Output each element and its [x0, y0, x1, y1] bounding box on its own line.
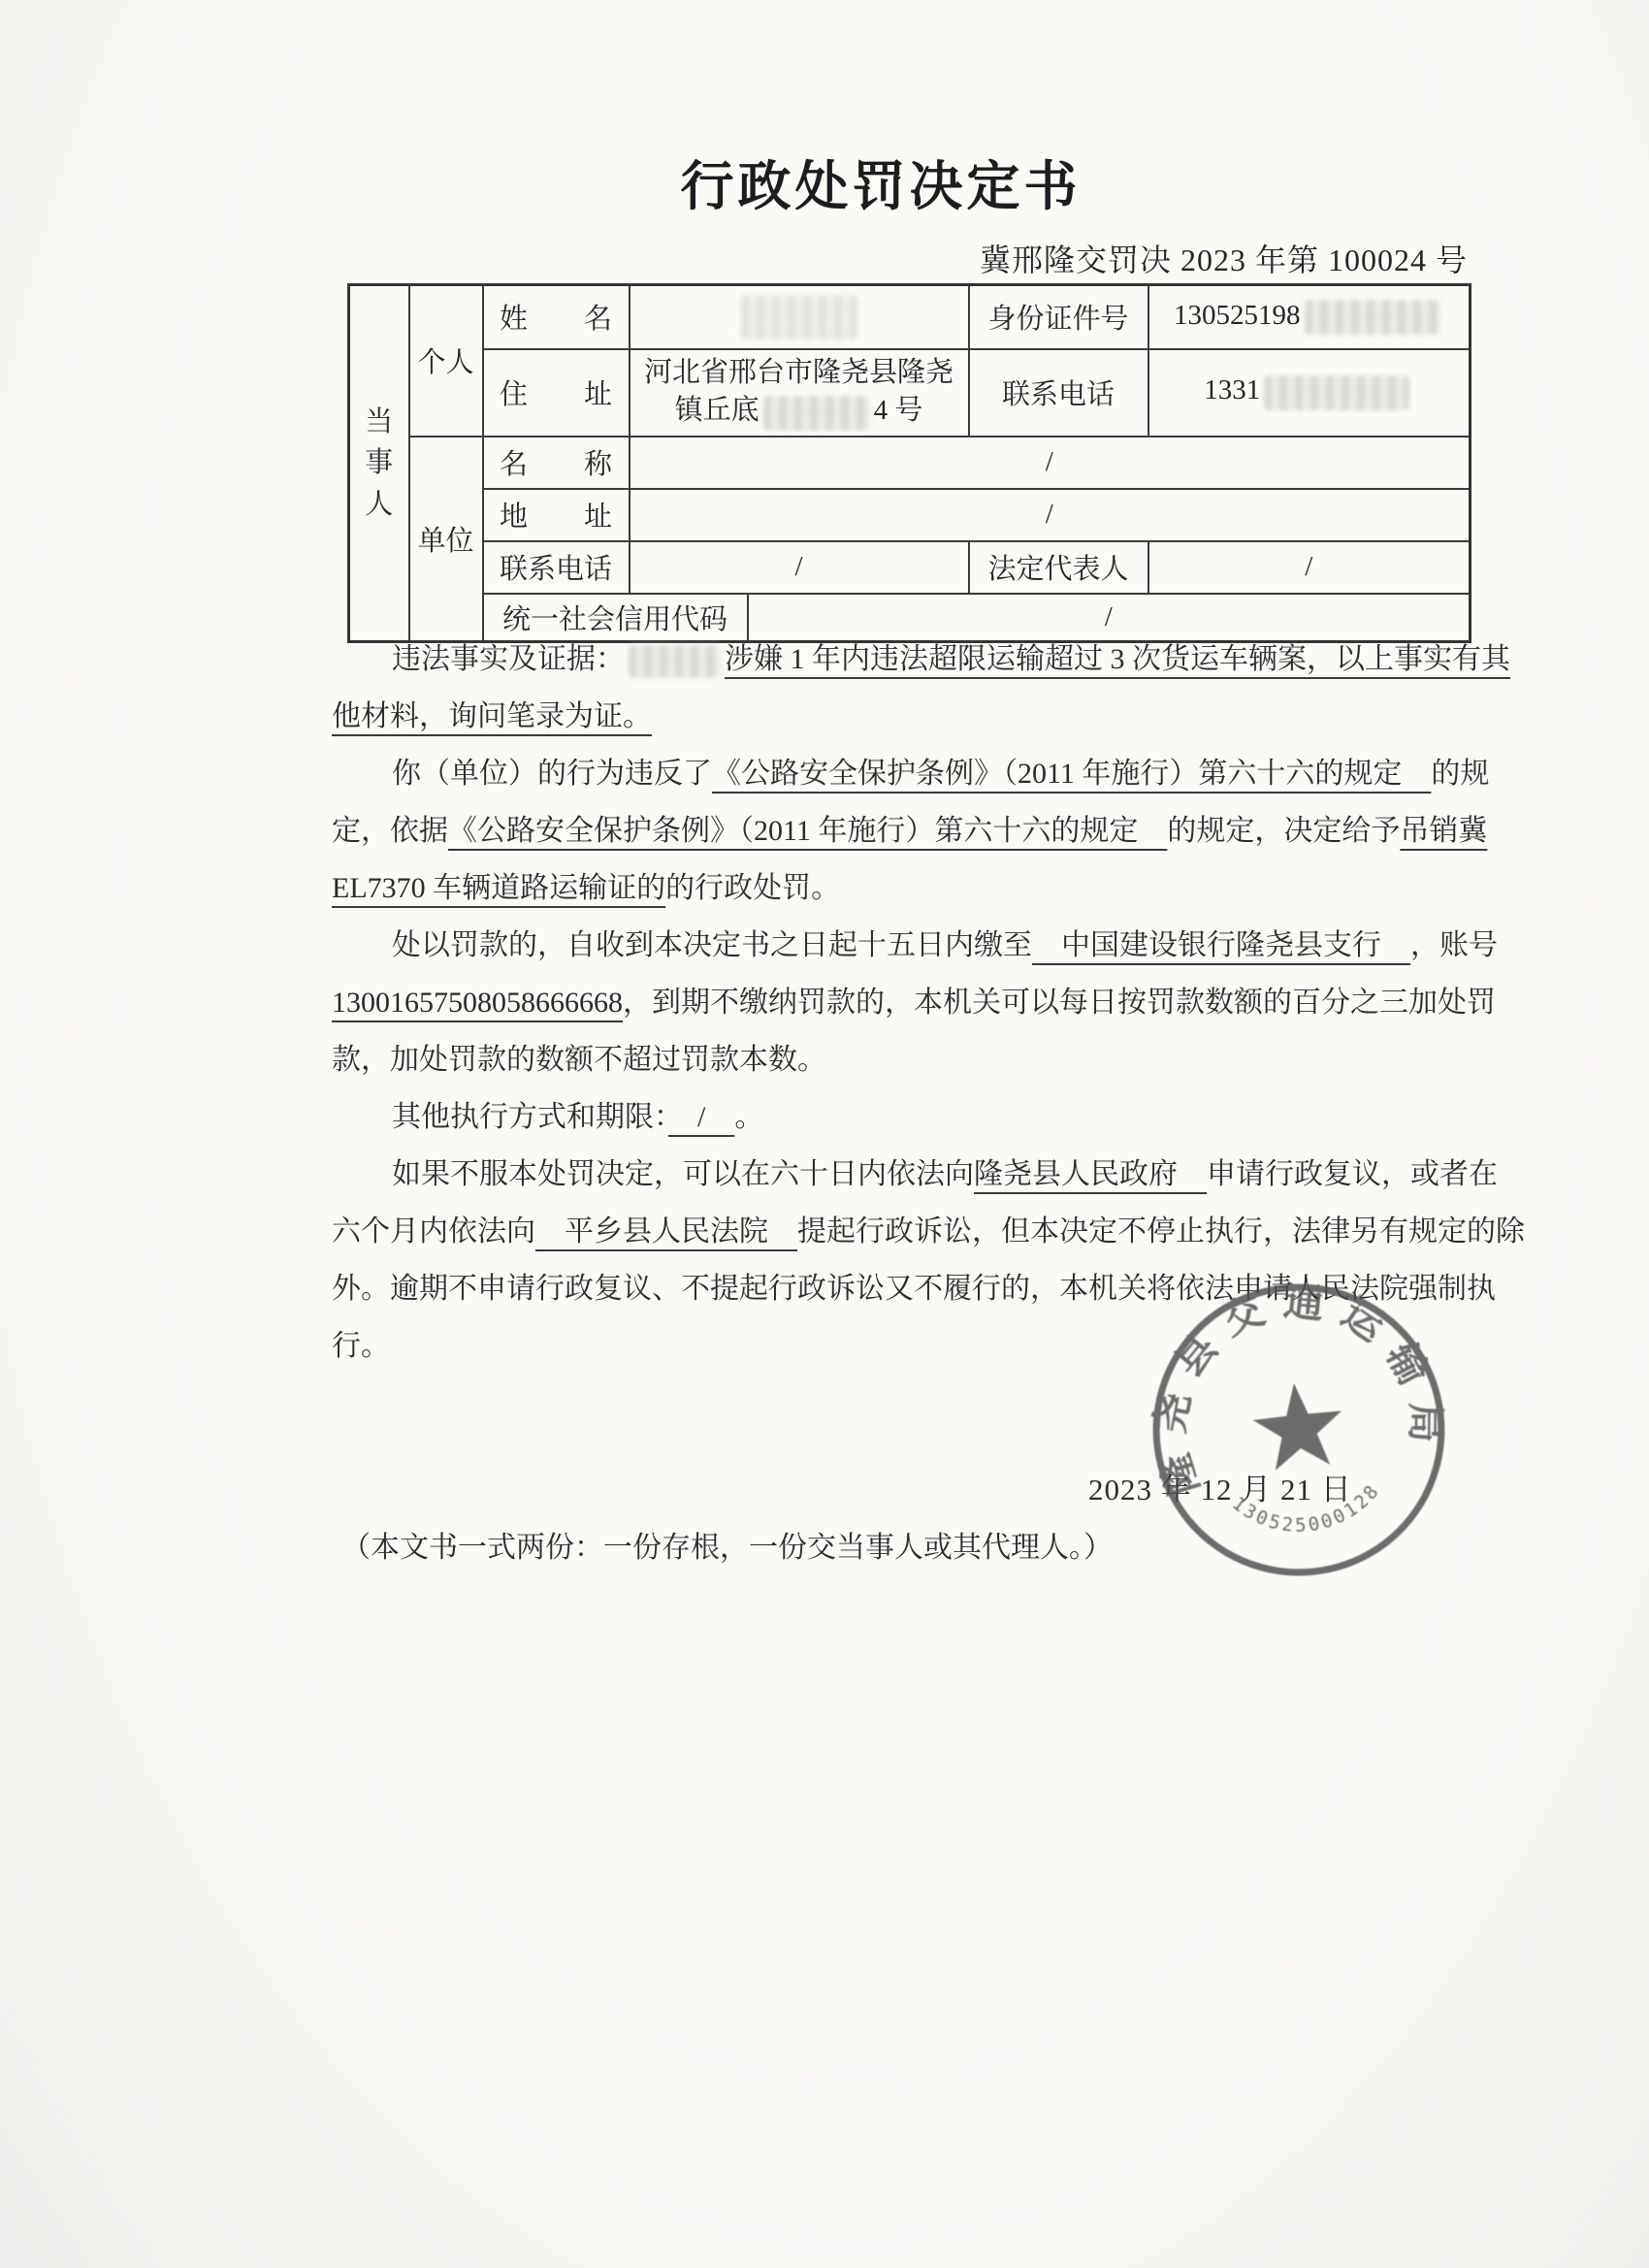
- text-segment: 款，加处罚款的数额不超过罚款本数。: [332, 1044, 826, 1076]
- text-segment: 平乡县人民法院: [535, 1215, 797, 1247]
- text-segment: /: [668, 1101, 734, 1133]
- copies-note: （本文书一式两份：一份存根，一份交当事人或其代理人。）: [341, 1523, 1113, 1566]
- text-line: 其他执行方式和期限： / 。: [332, 1088, 1496, 1146]
- text-line: 六个月内依法向 平乡县人民法院 提起行政诉讼，但本决定不停止执行，法律另有规定的…: [332, 1203, 1496, 1260]
- text-segment: 其他执行方式和期限：: [392, 1101, 668, 1133]
- text-segment: 的行政处罚。: [665, 872, 840, 904]
- table-row: 联系电话 / 法定代表人 /: [349, 541, 1471, 594]
- phone-visible: 1331: [1204, 374, 1260, 405]
- id-number-visible: 130525198: [1174, 300, 1301, 331]
- text-line: 违法事实及证据：涉嫌 1 年内违法超限运输超过 3 次货运车辆案，以上事实有其: [332, 631, 1496, 688]
- text-segment: 你（单位）的行为违反了: [392, 758, 712, 790]
- text-line: 他材料，询问笔录为证。: [332, 688, 1496, 745]
- text-segment: 隆尧县人民政府: [974, 1158, 1207, 1190]
- redaction-blur: [1305, 300, 1440, 335]
- document-number: 冀邢隆交罚决 2023 年第 100024 号: [980, 236, 1468, 280]
- text-segment: 行。: [332, 1330, 390, 1362]
- text-line: 13001657508058666668，到期不缴纳罚款的，本机关可以每日按罚款…: [332, 974, 1496, 1031]
- text-segment: 的规: [1431, 758, 1489, 790]
- text-segment: 中国建设银行隆尧县支行: [1032, 929, 1410, 961]
- id-number-value: 130525198: [1148, 285, 1471, 349]
- text-segment: 的规定，决定给予: [1167, 815, 1400, 847]
- text-segment: 申请行政复议，或者在: [1207, 1158, 1498, 1190]
- address-line-1: 河北省邢台市隆尧县隆尧: [634, 354, 964, 392]
- table-row: 单位 名 称 /: [349, 437, 1471, 489]
- address-line-2-suffix: 4 号: [874, 395, 923, 426]
- phone-value: 1331: [1148, 349, 1471, 437]
- text-line: 定，依据《公路安全保护条例》（2011 年施行）第六十六的规定 的规定，决定给予…: [332, 802, 1496, 859]
- text-segment: 违法事实及证据：: [392, 643, 625, 675]
- party-group-label: 当事人: [349, 285, 409, 642]
- table-row: 当事人 个人 姓 名 身份证件号 130525198: [349, 285, 1471, 349]
- text-segment: 处以罚款的，自收到本决定书之日起十五日内缴至: [392, 929, 1032, 961]
- text-segment: ，账号: [1410, 929, 1498, 961]
- name-value-cell: [630, 285, 969, 349]
- text-line: EL7370 车辆道路运输证的的行政处罚。: [332, 859, 1496, 917]
- text-line: 如果不服本处罚决定，可以在六十日内依法向隆尧县人民政府 申请行政复议，或者在: [332, 1146, 1496, 1203]
- text-segment: 提起行政诉讼，但本决定不停止执行，法律另有规定的除: [797, 1215, 1525, 1247]
- text-line: 款，加处罚款的数额不超过罚款本数。: [332, 1031, 1496, 1088]
- unit-address-value: /: [630, 489, 1471, 541]
- unit-phone-value: /: [630, 541, 969, 594]
- legal-rep-value: /: [1148, 541, 1471, 594]
- unit-address-label: 地 址: [483, 489, 630, 541]
- text-segment: ，到期不缴纳罚款的，本机关可以每日按罚款数额的百分之三加处罚: [623, 987, 1496, 1019]
- address-line-2-prefix: 镇丘底: [675, 395, 760, 426]
- address-label: 住 址: [483, 349, 630, 437]
- redaction-blur: [1264, 375, 1409, 410]
- legal-rep-label: 法定代表人: [969, 541, 1148, 594]
- text-segment: EL7370 车辆道路运输证的: [332, 872, 665, 904]
- text-segment: 《公路安全保护条例》（2011 年施行）第六十六的规定: [712, 758, 1431, 790]
- redaction-blur: [629, 645, 721, 678]
- unit-name-label: 名 称: [483, 437, 630, 489]
- unit-group-label: 单位: [409, 437, 483, 642]
- table-row: 住 址 河北省邢台市隆尧县隆尧 镇丘底4 号 联系电话 1331: [349, 349, 1471, 437]
- svg-text:隆尧县交通运输局: 隆尧县交通运输局: [1132, 1263, 1455, 1501]
- scanned-document-page: 行政处罚决定书 冀邢隆交罚决 2023 年第 100024 号 当事人 个人 姓…: [0, 0, 1649, 2268]
- official-seal: 隆尧县交通运输局 1305250001285: [1116, 1247, 1481, 1612]
- id-number-label: 身份证件号: [969, 285, 1148, 349]
- party-info-table: 当事人 个人 姓 名 身份证件号 130525198 住 址 河北省邢台市隆尧县…: [347, 283, 1471, 643]
- unit-name-value: /: [630, 437, 1471, 489]
- individual-group-label: 个人: [409, 285, 483, 437]
- address-line-2: 镇丘底4 号: [634, 392, 964, 430]
- text-line: 处以罚款的，自收到本决定书之日起十五日内缴至 中国建设银行隆尧县支行 ，账号: [332, 917, 1496, 974]
- name-label: 姓 名: [483, 285, 630, 349]
- text-segment: 《公路安全保护条例》（2011 年施行）第六十六的规定: [448, 815, 1167, 847]
- seal-org-text: 隆尧县交通运输局: [1132, 1263, 1455, 1501]
- text-segment: 他材料，询问笔录为证。: [332, 700, 652, 732]
- text-segment: 涉嫌 1 年内违法超限运输超过 3 次货运车辆案，以上事实有其: [725, 643, 1510, 675]
- star-icon: [1249, 1378, 1347, 1472]
- phone-label: 联系电话: [969, 349, 1148, 437]
- redaction-blur: [741, 295, 857, 340]
- table-row: 地 址 /: [349, 489, 1471, 541]
- text-segment: 如果不服本处罚决定，可以在六十日内依法向: [392, 1158, 974, 1190]
- page-title: 行政处罚决定书: [56, 144, 1649, 220]
- redaction-blur: [763, 396, 870, 431]
- address-value: 河北省邢台市隆尧县隆尧 镇丘底4 号: [630, 349, 969, 437]
- unit-phone-label: 联系电话: [483, 541, 630, 594]
- text-line: 你（单位）的行为违反了《公路安全保护条例》（2011 年施行）第六十六的规定 的…: [332, 745, 1496, 802]
- text-segment: 。: [734, 1101, 763, 1133]
- text-segment: 吊销冀: [1400, 815, 1487, 847]
- text-segment: 六个月内依法向: [332, 1215, 535, 1247]
- text-segment: 13001657508058666668: [332, 987, 623, 1019]
- text-segment: 定，依据: [332, 815, 448, 847]
